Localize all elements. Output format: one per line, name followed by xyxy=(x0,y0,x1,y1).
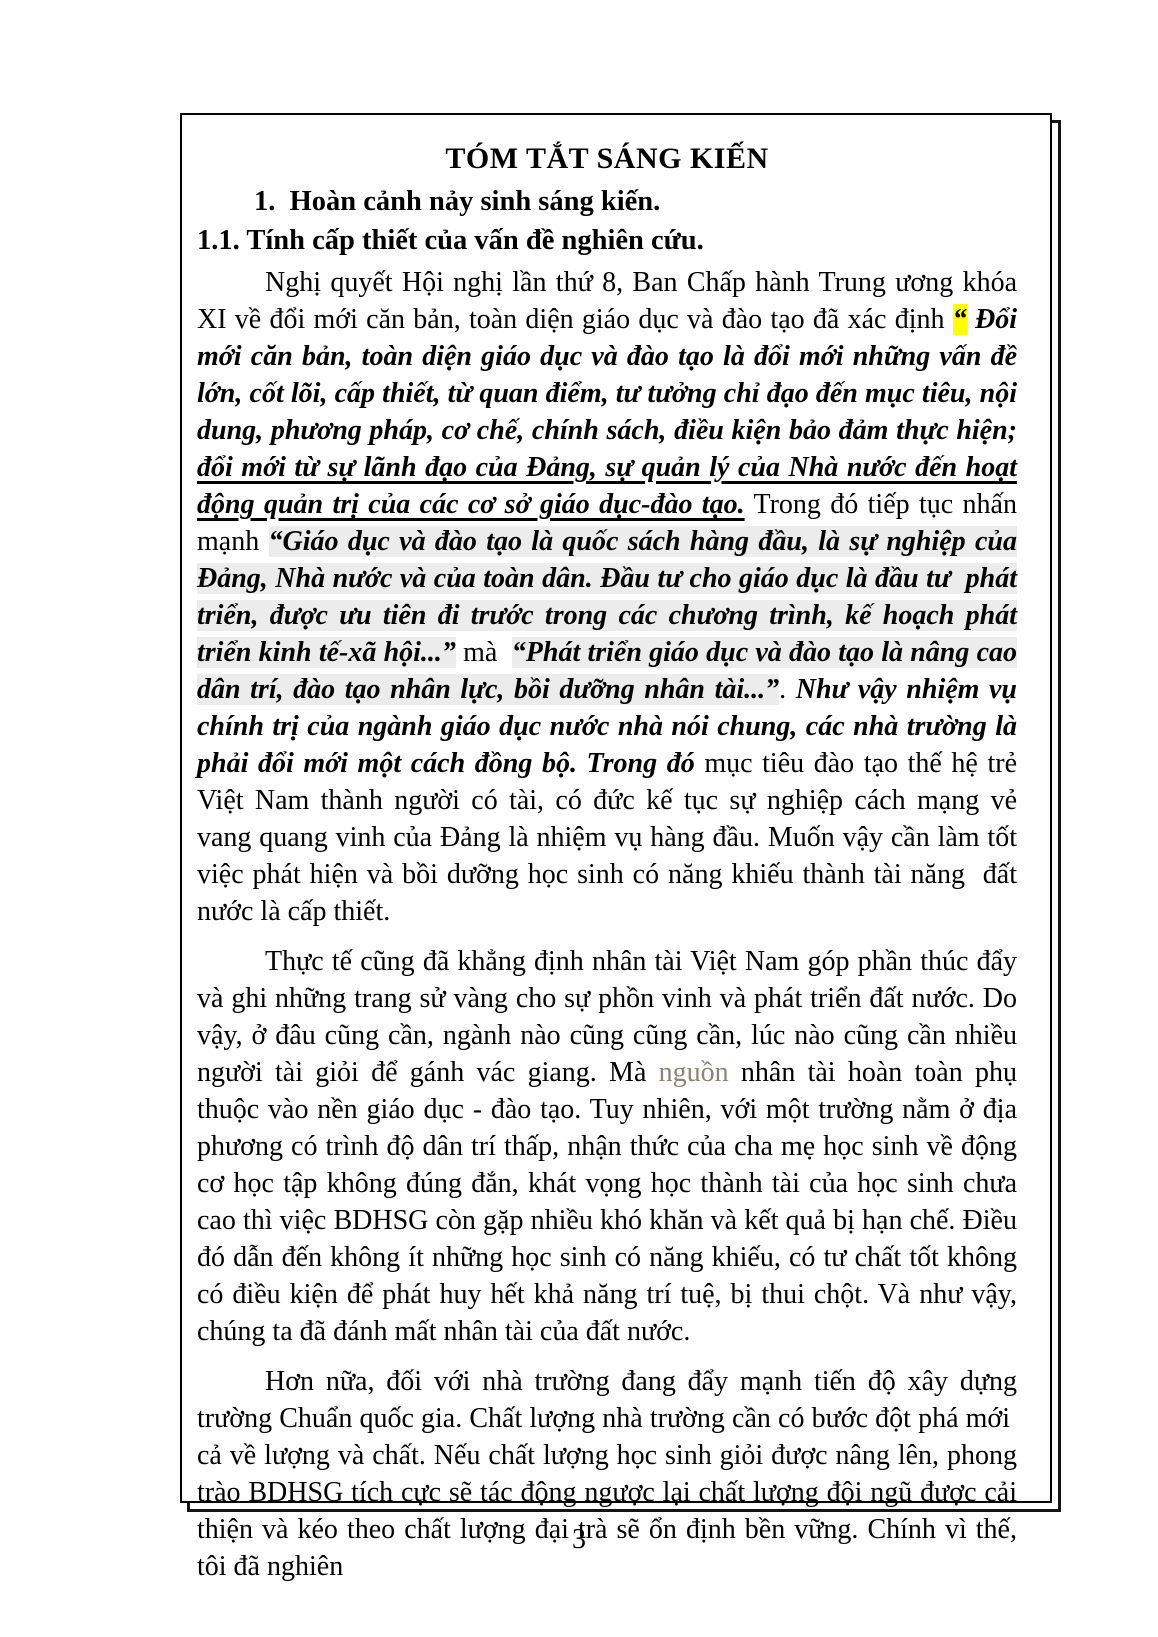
document-title: TÓM TẮT SÁNG KIẾN xyxy=(197,139,1017,179)
section-heading-1: 1. Hoàn cảnh nảy sinh sáng kiến. xyxy=(197,183,1017,221)
text-run: nguồn xyxy=(659,1057,729,1088)
text-run: mà xyxy=(456,637,512,668)
paragraph-1: Nghị quyết Hội nghị lần thứ 8, Ban Chấp … xyxy=(197,264,1017,930)
text-run: “ xyxy=(953,304,967,335)
text-run: . xyxy=(779,674,796,705)
document-content: TÓM TẮT SÁNG KIẾN 1. Hoàn cảnh nảy sinh … xyxy=(182,115,1050,1585)
page-number: 3 xyxy=(0,1524,1158,1556)
document-page: { "colors": { "highlight_yellow": "#ffff… xyxy=(0,0,1158,1637)
text-run: nhân tài hoàn toàn phụ thuộc vào nền giá… xyxy=(197,1057,1017,1347)
subsection-heading-1-1: 1.1. Tính cấp thiết của vấn đề nghiên cứ… xyxy=(197,221,1017,260)
page-border-frame: TÓM TẮT SÁNG KIẾN 1. Hoàn cảnh nảy sinh … xyxy=(180,113,1052,1503)
paragraph-2: Thực tế cũng đã khẳng định nhân tài Việt… xyxy=(197,943,1017,1350)
text-run: Nghị quyết Hội nghị lần thứ 8, Ban Chấp … xyxy=(197,267,1017,335)
